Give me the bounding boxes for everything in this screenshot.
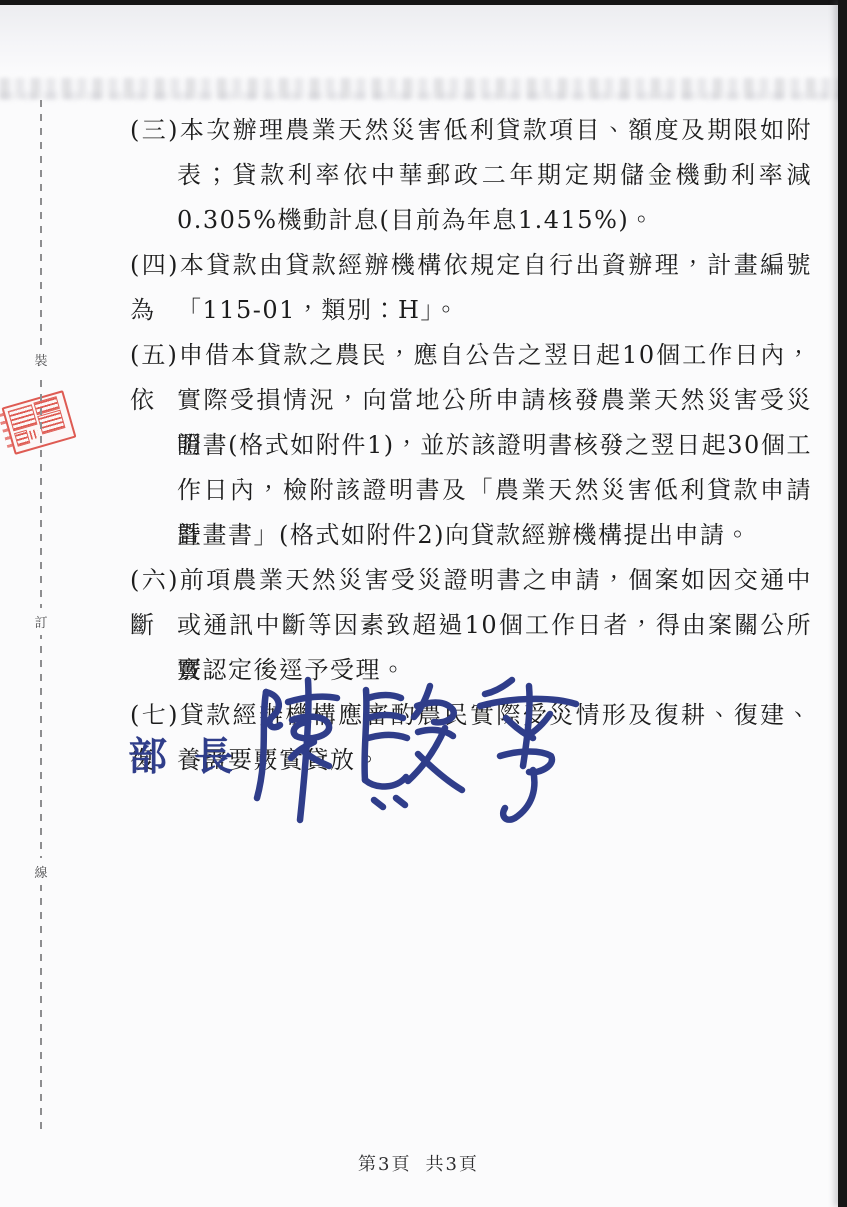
document-line: (六)前項農業天然災害受災證明書之申請，個案如因交通中斷: [130, 558, 812, 603]
seal-text-block: [8, 404, 38, 431]
scan-bleedthrough-band: [0, 92, 840, 100]
binding-char-xian: 線: [32, 858, 50, 885]
scanned-document-page: 裝 訂 線 (三)本次辦理農業天然災害低利貸款項目、額度及期限如附表；貸款利率依…: [0, 0, 847, 1207]
minister-title-label: 部長: [128, 726, 260, 782]
binding-char-ding: 訂: [32, 608, 50, 635]
document-line: (三)本次辦理農業天然災害低利貸款項目、額度及期限如附: [130, 108, 812, 153]
document-line: (四)本貸款由貸款經辦機構依規定自行出資辦理，計畫編號為: [130, 243, 812, 288]
document-line: 計畫書」(格式如附件2)向貸款經辦機構提出申請。: [130, 513, 812, 558]
page-footer: 第3頁共3頁: [358, 1150, 493, 1176]
page-number-label: 第3頁: [358, 1154, 411, 1175]
seal-text-block: [29, 429, 39, 440]
document-line: 0.305%機動計息(目前為年息1.415%)。: [130, 198, 812, 243]
seal-text-block: [14, 430, 30, 447]
document-line: 或通訊中斷等因素致超過10個工作日者，得由案關公所覈: [130, 603, 812, 648]
scan-shadow-top: [0, 5, 847, 75]
scan-edge-right: [838, 0, 847, 1207]
page-total-label: 共3頁: [425, 1154, 478, 1175]
scan-edge-top: [0, 0, 847, 5]
document-line: (五)申借本貸款之農民，應自公告之翌日起10個工作日內，依: [130, 333, 812, 378]
document-line: 表；貸款利率依中華郵政二年期定期儲金機動利率減: [130, 153, 812, 198]
document-line: 明書(格式如附件1)，並於該證明書核發之翌日起30個工: [130, 423, 812, 468]
document-line: 作日內，檢附該證明書及「農業天然災害低利貸款申請暨: [130, 468, 812, 513]
minister-signature-ink: [246, 668, 580, 832]
document-line: 實際受損情況，向當地公所申請核發農業天然災害受災證: [130, 378, 812, 423]
document-line: 「115-01，類別：H」。: [130, 288, 812, 333]
binding-char-zhuang: 裝: [32, 346, 50, 373]
